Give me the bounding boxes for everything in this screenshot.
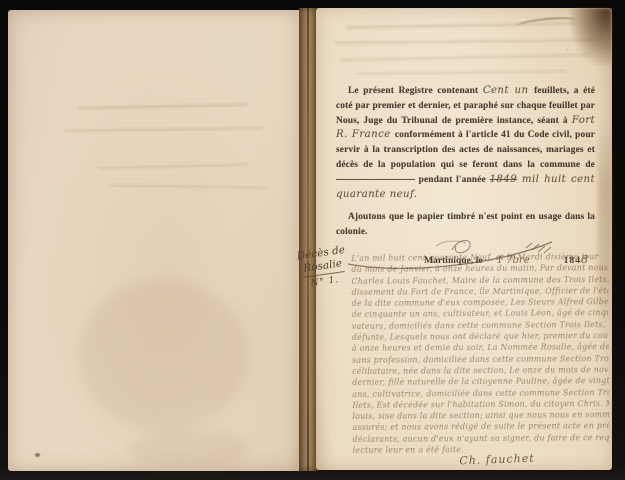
bleedthrough-mark bbox=[63, 127, 263, 133]
faint-scribble bbox=[516, 16, 577, 31]
notice-paragraph-1: Le présent Registre contenant Cent un fe… bbox=[336, 84, 595, 202]
notice-segment-hand-strike: ——— ———— bbox=[336, 174, 415, 185]
notice-segment-hand-strike: 1849 bbox=[490, 174, 518, 185]
bleedthrough-smudge bbox=[128, 430, 248, 470]
bleedthrough-mark bbox=[356, 70, 566, 76]
bleedthrough-mark bbox=[340, 53, 590, 61]
notice-segment-printed: Le présent Registre contenant bbox=[348, 86, 483, 96]
act-line: déclarants, aucun d'eux n'ayant su signe… bbox=[353, 432, 610, 445]
scanned-register-page: · · Le présent Registre contenant Cent u… bbox=[0, 0, 625, 480]
handwritten-act: L'an mil huit cent quarante Neuf, et le … bbox=[351, 251, 609, 456]
bleedthrough-mark bbox=[334, 39, 596, 45]
bleedthrough-mark bbox=[78, 103, 248, 110]
bleedthrough-smudge bbox=[78, 280, 248, 430]
notice-segment-hand: Cent un bbox=[483, 85, 534, 96]
bleedthrough-mark bbox=[98, 163, 248, 170]
corner-stain bbox=[570, 8, 612, 66]
printed-notice: Le présent Registre contenant Cent un fe… bbox=[336, 84, 595, 266]
left-page bbox=[8, 10, 301, 471]
ink-dots: · · bbox=[566, 46, 581, 54]
notice-segment-printed: pendant l'année bbox=[415, 175, 490, 185]
bleedthrough-mark bbox=[108, 184, 268, 190]
ink-speck bbox=[35, 453, 40, 457]
margin-annotation: Décès de Rosalie N° 1. bbox=[288, 243, 357, 293]
